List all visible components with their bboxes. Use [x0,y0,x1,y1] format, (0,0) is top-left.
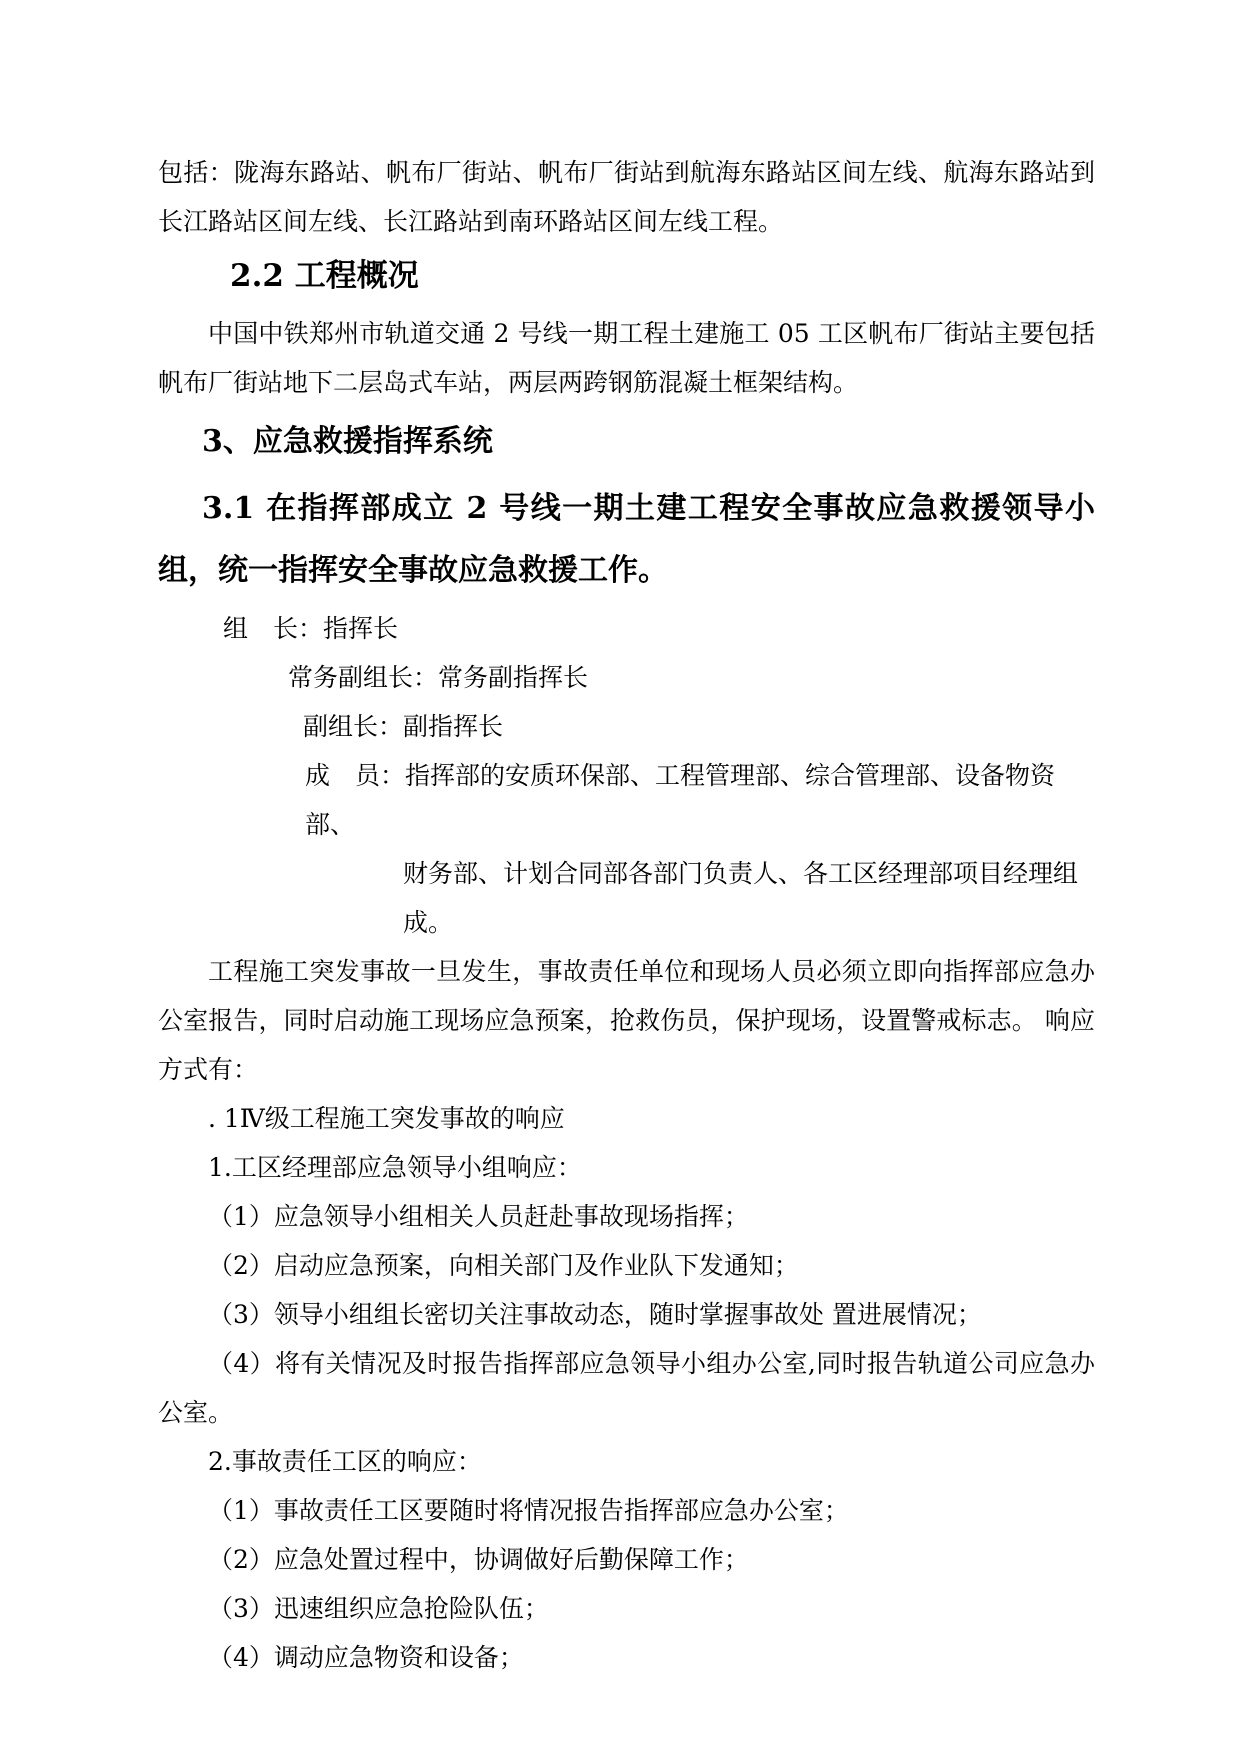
paragraph-2: 中国中铁郑州市轨道交通 2 号线一期工程土建施工 05 工区帆布厂街站主要包括帆… [158,309,1095,407]
document-page: 包括：陇海东路站、帆布厂街站、帆布厂街站到航海东路站区间左线、航海东路站到长江路… [0,0,1241,1754]
continuation-0: 包括：陇海东路站、帆布厂街站、帆布厂街站到航海东路站区间左线、航海东路站到长江路… [158,148,1095,246]
role-members-8: 成 员：指挥部的安质环保部、工程管理部、综合管理部、设备物资部、 [158,751,1095,849]
role-leader-5: 组 长：指挥长 [158,604,1095,653]
paragraph-11: . 1Ⅳ级工程施工突发事故的响应 [158,1094,1095,1143]
paragraph-17: 2.事故责任工区的响应： [158,1437,1095,1486]
paragraph-20: （3）迅速组织应急抢险队伍； [158,1584,1095,1633]
paragraph-19: （2）应急处置过程中，协调做好后勤保障工作； [158,1535,1095,1584]
role-deputy-7: 副组长：副指挥长 [158,702,1095,751]
document-body: 包括：陇海东路站、帆布厂街站、帆布厂街站到航海东路站区间左线、航海东路站到长江路… [158,148,1095,1682]
paragraph-14: （2）启动应急预案，向相关部门及作业队下发通知； [158,1241,1095,1290]
subsection-heading-4: 3.1 在指挥部成立 2 号线一期土建工程安全事故应急救援领导小组，统一指挥安全… [158,478,1095,602]
role-deputy-exec-6: 常务副组长：常务副指挥长 [158,653,1095,702]
paragraph-12: 1.工区经理部应急领导小组响应： [158,1143,1095,1192]
paragraph-13: （1）应急领导小组相关人员赶赴事故现场指挥； [158,1192,1095,1241]
chapter-heading-3: 3、应急救援指挥系统 [158,417,1095,466]
role-members-cont-9: 财务部、计划合同部各部门负责人、各工区经理部项目经理组成。 [158,849,1095,947]
paragraph-21: （4）调动应急物资和设备； [158,1633,1095,1682]
paragraph-15: （3）领导小组组长密切关注事故动态，随时掌握事故处 置进展情况； [158,1290,1095,1339]
section-heading-1: 2.2 工程概况 [158,252,1095,301]
paragraph-10: 工程施工突发事故一旦发生，事故责任单位和现场人员必须立即向指挥部应急办公室报告，… [158,947,1095,1094]
paragraph-18: （1）事故责任工区要随时将情况报告指挥部应急办公室； [158,1486,1095,1535]
paragraph-16: （4）将有关情况及时报告指挥部应急领导小组办公室,同时报告轨道公司应急办公室。 [158,1339,1095,1437]
